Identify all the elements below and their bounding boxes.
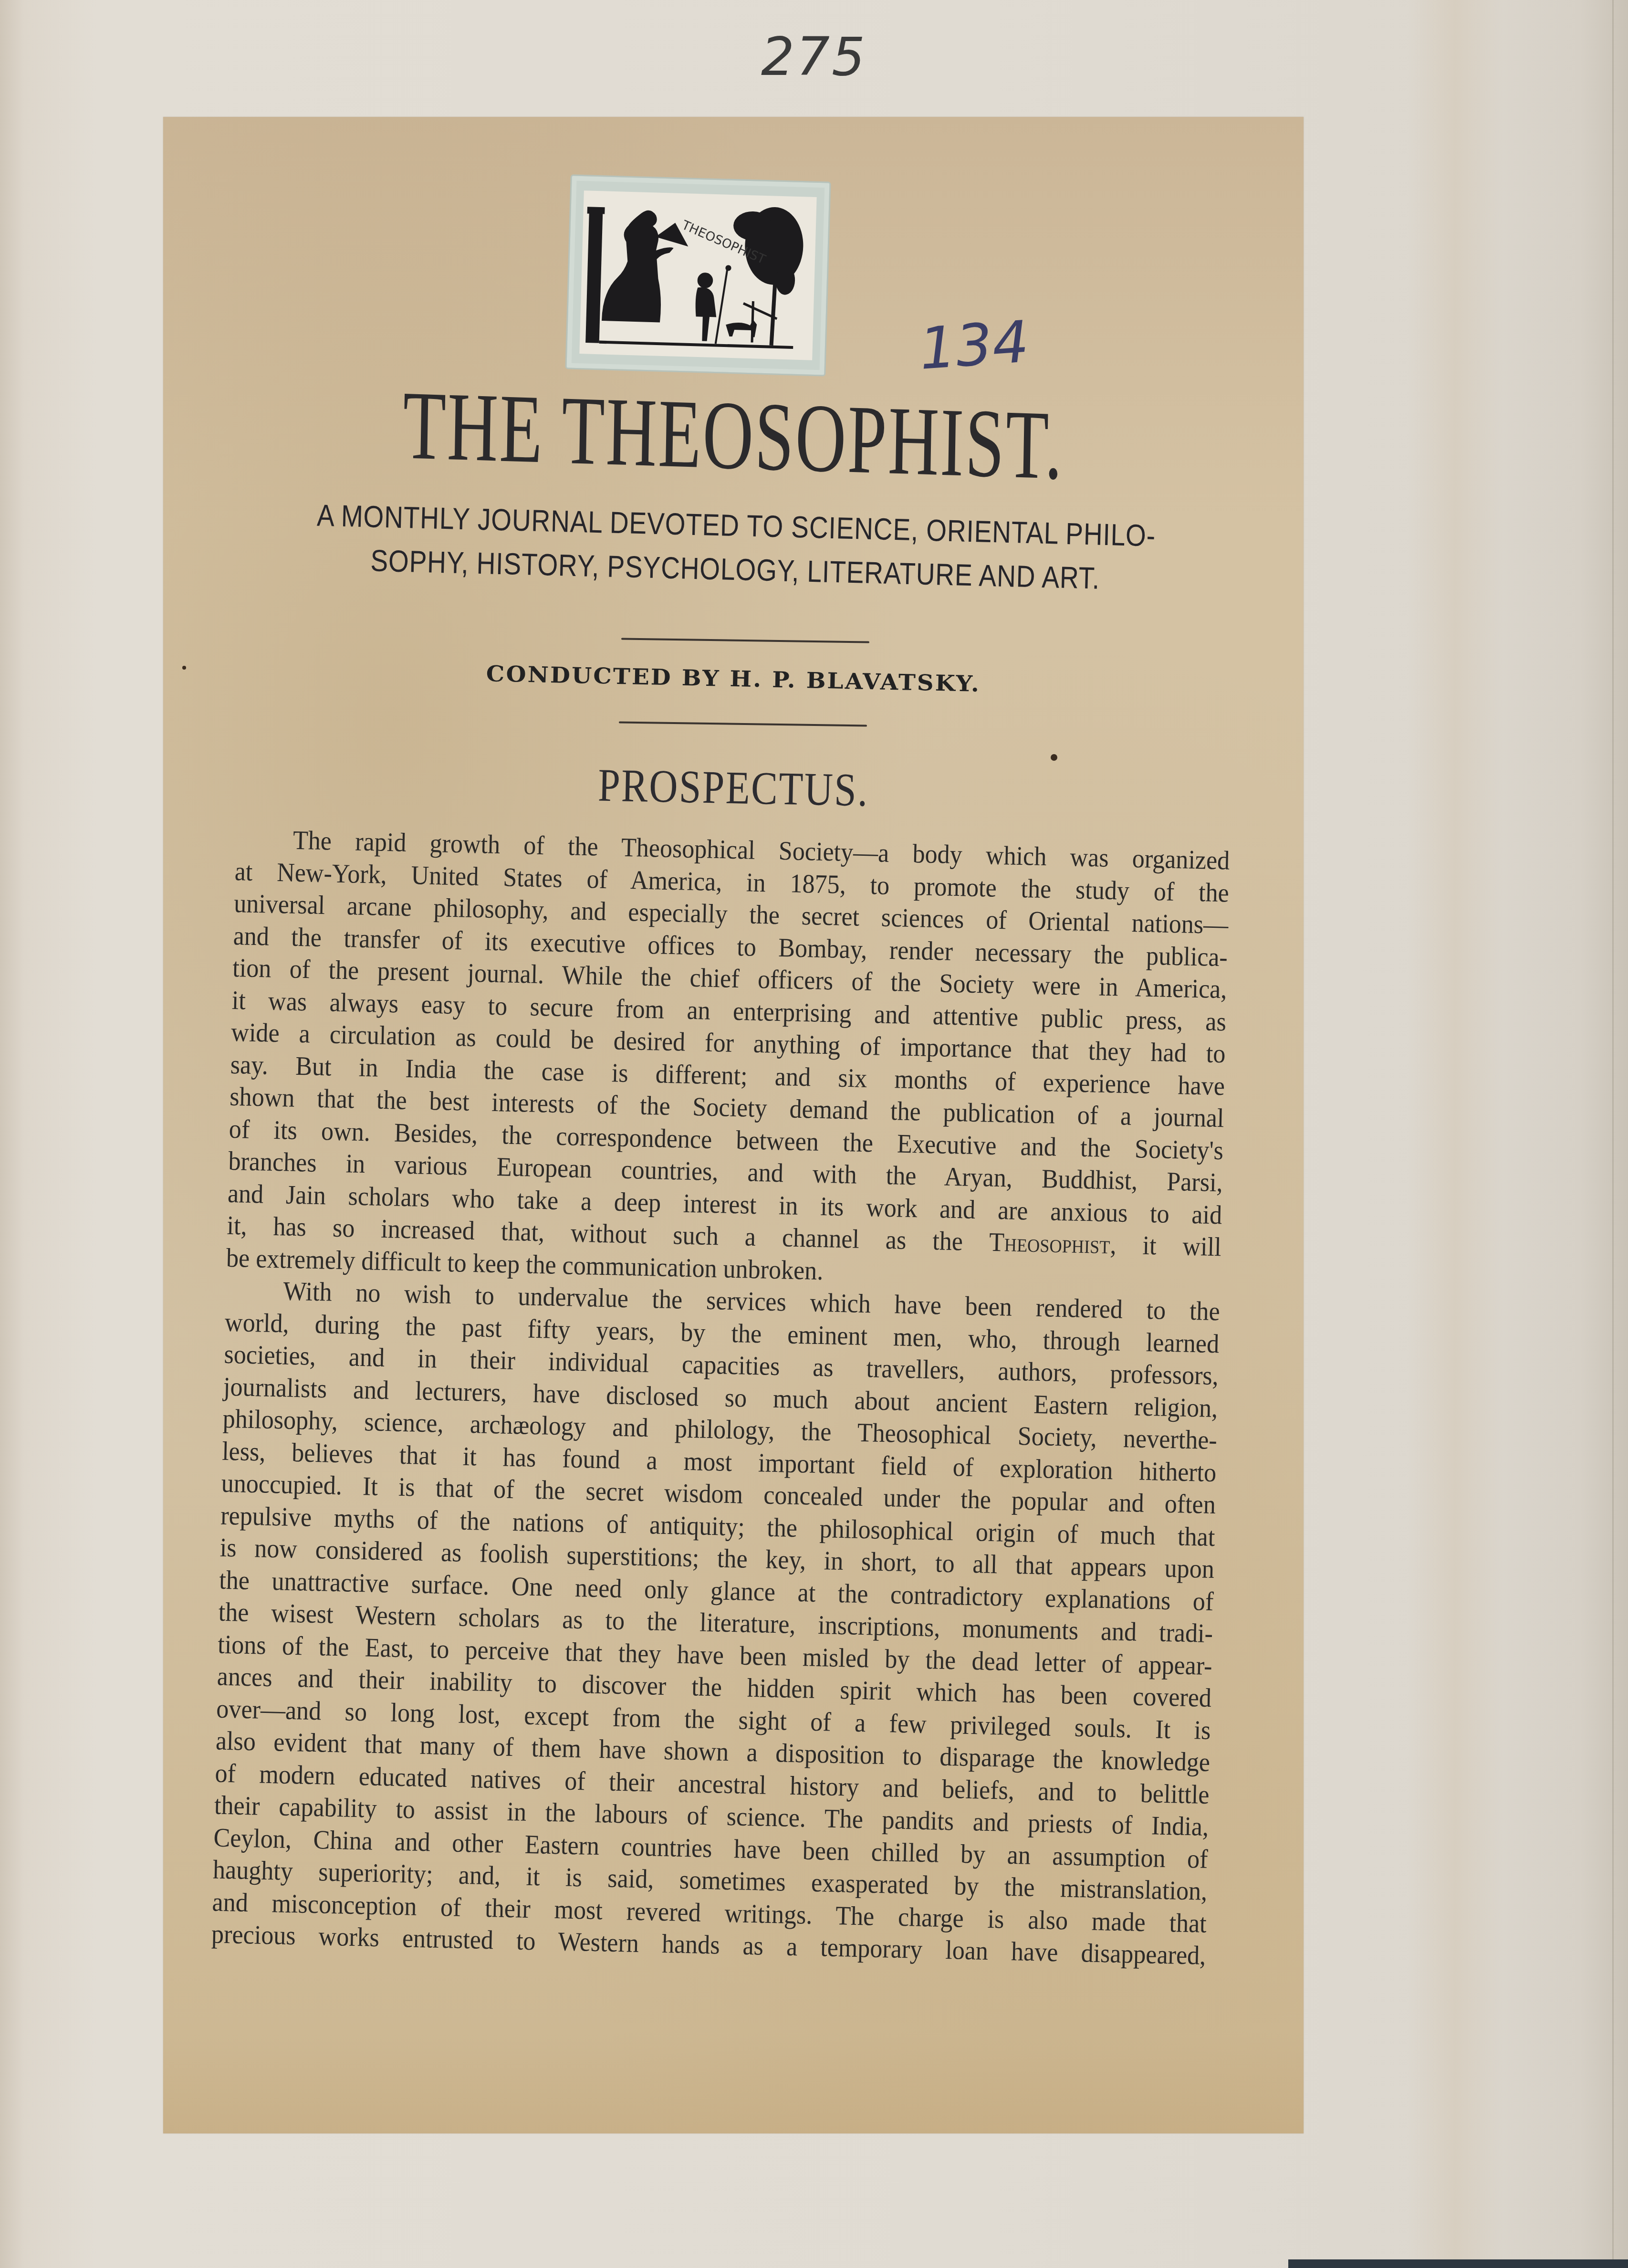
album-stain <box>1408 0 1503 2268</box>
paper-speck <box>1051 754 1057 761</box>
album-bottom-binding <box>1288 2259 1628 2268</box>
masthead-subtitle: A MONTHLY JOURNAL DEVOTED TO SCIENCE, OR… <box>314 493 1158 601</box>
newspaper-clipping: THEOSOPHIST 134 THE THEOSOPHIST. A MONTH… <box>163 117 1304 2133</box>
handwritten-catalog-number: 134 <box>917 309 1031 383</box>
divider-rule-top <box>621 638 869 643</box>
album-page-edge <box>1612 0 1614 2268</box>
handwritten-page-number: 275 <box>761 26 867 87</box>
paragraph-2: With no wish to undervalue the services … <box>211 1274 1220 1973</box>
divider-rule-bottom <box>619 721 867 726</box>
silhouette-vignette-icon: THEOSOPHIST <box>579 190 816 360</box>
masthead-title: THE THEOSOPHIST. <box>322 374 1145 497</box>
editor-credit: CONDUCTED BY H. P. BLAVATSKY. <box>135 653 1332 704</box>
prospectus-body: The rapid growth of the Theosophical Soc… <box>211 823 1230 1972</box>
paper-speck <box>182 666 186 670</box>
emblem-card: THEOSOPHIST <box>565 174 831 376</box>
paragraph-1: The rapid growth of the Theosophical Soc… <box>226 823 1230 1296</box>
section-heading: PROSPECTUS. <box>248 752 1218 824</box>
journal-name-smallcaps: Theosophist <box>989 1228 1110 1260</box>
